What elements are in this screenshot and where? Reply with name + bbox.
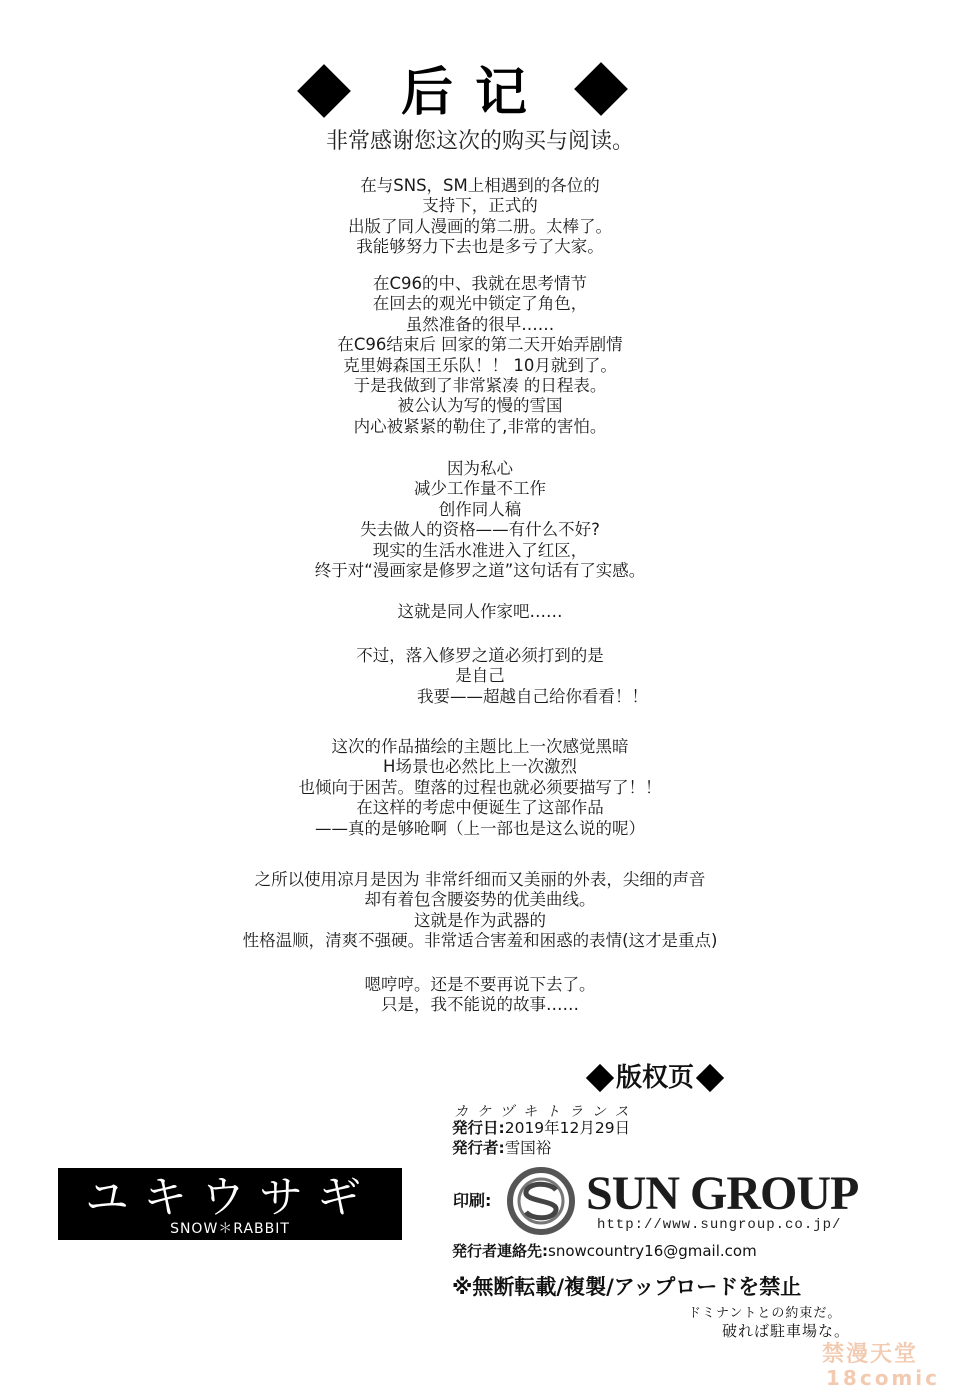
afterword-paragraph: 在C96的中、我就在思考情节在回去的观光中锁定了角色，虽然准备的很早……在C96…: [0, 274, 960, 437]
text-line: 内心被紧紧的勒住了,非常的害怕。: [0, 417, 960, 437]
text-line: 嗯哼哼。还是不要再说下去了。: [0, 975, 960, 995]
text-line: 这次的作品描绘的主题比上一次感觉黑暗: [0, 737, 960, 757]
copyright-title: 版权页: [616, 1060, 694, 1096]
text-line: 只是，我不能说的故事……: [0, 995, 960, 1015]
promise-line-1: ドミナントとの約束だ。: [688, 1302, 841, 1321]
printer-name: SUN GROUP: [586, 1168, 858, 1220]
text-line: 出版了同人漫画的第二册。太棒了。: [0, 217, 960, 237]
afterword-paragraph: 在与SNS，SM上相遇到的各位的支持下，正式的出版了同人漫画的第二册。太棒了。我…: [0, 176, 960, 258]
issue-date-value: 2019年12月29日: [505, 1119, 630, 1137]
promise-line-2: 破れば駐車場な。: [722, 1320, 850, 1341]
text-line: 不过，落入修罗之道必须打到的是: [0, 646, 960, 666]
afterword-paragraph: 嗯哼哼。还是不要再说下去了。只是，我不能说的故事……: [0, 975, 960, 1016]
text-line: 却有着包含腰姿势的优美曲线。: [0, 890, 960, 910]
contact-email: snowcountry16@gmail.com: [548, 1242, 757, 1260]
text-line: 终于对“漫画家是修罗之道”这句话有了实感。: [0, 561, 960, 581]
watermark-top: 禁漫天堂: [822, 1342, 918, 1368]
text-line: 这就是同人作家吧……: [0, 602, 960, 622]
printer-label: 印刷:: [453, 1188, 491, 1211]
diamond-icon: [574, 62, 628, 116]
text-line: 在这样的考虑中便诞生了这部作品: [0, 798, 960, 818]
publisher-label: 発行者: [452, 1139, 499, 1157]
text-line: 在C96的中、我就在思考情节: [0, 274, 960, 294]
printer-url: http://www.sungroup.co.jp/: [597, 1217, 841, 1233]
afterword-paragraph: 这就是同人作家吧……: [0, 602, 960, 622]
text-line: 克里姆森国王乐队！！ 10月就到了。: [0, 356, 960, 376]
text-line: 创作同人稿: [0, 500, 960, 520]
text-line: 我能够努力下去也是多亏了大家。: [0, 237, 960, 257]
text-line: 失去做人的资格——有什么不好?: [0, 520, 960, 540]
sun-group-logo-icon: [506, 1166, 576, 1236]
text-line: 于是我做到了非常紧凑 的日程表。: [0, 376, 960, 396]
text-line: ——真的是够呛啊（上一部也是这么说的呢）: [0, 819, 960, 839]
copyright-heading: 版权页: [584, 1058, 726, 1098]
prohibition-notice: ※無断転載/複製/アップロードを禁止: [452, 1272, 801, 1302]
text-line: 因为私心: [0, 459, 960, 479]
afterword-paragraph: 这次的作品描绘的主题比上一次感觉黑暗H场景也必然比上一次激烈也倾向于困苦。堕落的…: [0, 737, 960, 839]
circle-logo: ユキウサギ SNOW＊RABBIT: [58, 1168, 402, 1240]
contact-line: 発行者連絡先:snowcountry16@gmail.com: [452, 1240, 757, 1261]
watermark-bottom: 18comic: [826, 1366, 940, 1390]
issue-date-label: 発行日: [452, 1119, 499, 1137]
afterword-paragraph: 之所以使用凉月是因为 非常纤细而又美丽的外表，尖细的声音却有着包含腰姿势的优美曲…: [0, 870, 960, 952]
thanks-line: 非常感谢您这次的购买与阅读。: [0, 127, 960, 157]
afterword-paragraph: 因为私心减少工作量不工作创作同人稿失去做人的资格——有什么不好?现实的生活水准进…: [0, 459, 960, 581]
afterword-paragraph: 不过，落入修罗之道必须打到的是是自己 我要——超越自己给你看看！！: [0, 646, 960, 707]
text-line: 被公认为写的慢的雪国: [0, 396, 960, 416]
text-line: 现实的生活水准进入了红区，: [0, 541, 960, 561]
text-line: H场景也必然比上一次激烈: [0, 757, 960, 777]
text-line: 在回去的观光中锁定了角色，: [0, 294, 960, 314]
text-line: 是自己: [0, 666, 960, 686]
text-line: 这就是作为武器的: [0, 911, 960, 931]
text-line: 支持下，正式的: [0, 196, 960, 216]
publisher-line: 発行者:雪国裕: [452, 1138, 551, 1158]
text-line: 减少工作量不工作: [0, 479, 960, 499]
text-line: 性格温顺，清爽不强硬。非常适合害羞和困惑的表情(这才是重点): [0, 931, 960, 951]
afterword-heading: 后记: [0, 58, 960, 128]
diamond-icon: [696, 1064, 724, 1092]
publisher-value: 雪国裕: [505, 1139, 552, 1157]
contact-label: 発行者連絡先: [452, 1242, 542, 1260]
circle-logo-japanese: ユキウサギ: [58, 1172, 402, 1224]
diamond-icon: [297, 64, 351, 118]
text-line: 我要——超越自己给你看看！！: [0, 687, 960, 707]
text-line: 之所以使用凉月是因为 非常纤细而又美丽的外表，尖细的声音: [0, 870, 960, 890]
issue-date-line: 発行日:2019年12月29日: [452, 1118, 630, 1138]
text-line: 在与SNS，SM上相遇到的各位的: [0, 176, 960, 196]
diamond-icon: [586, 1064, 614, 1092]
circle-logo-english: SNOW＊RABBIT: [58, 1220, 402, 1238]
afterword-title: 后记: [395, 60, 555, 126]
text-line: 也倾向于困苦。堕落的过程也就必须要描写了！！: [0, 778, 960, 798]
site-watermark: 禁漫天堂 18comic: [818, 1342, 960, 1391]
text-line: 在C96结束后 回家的第二天开始弄剧情: [0, 335, 960, 355]
text-line: 虽然准备的很早……: [0, 315, 960, 335]
